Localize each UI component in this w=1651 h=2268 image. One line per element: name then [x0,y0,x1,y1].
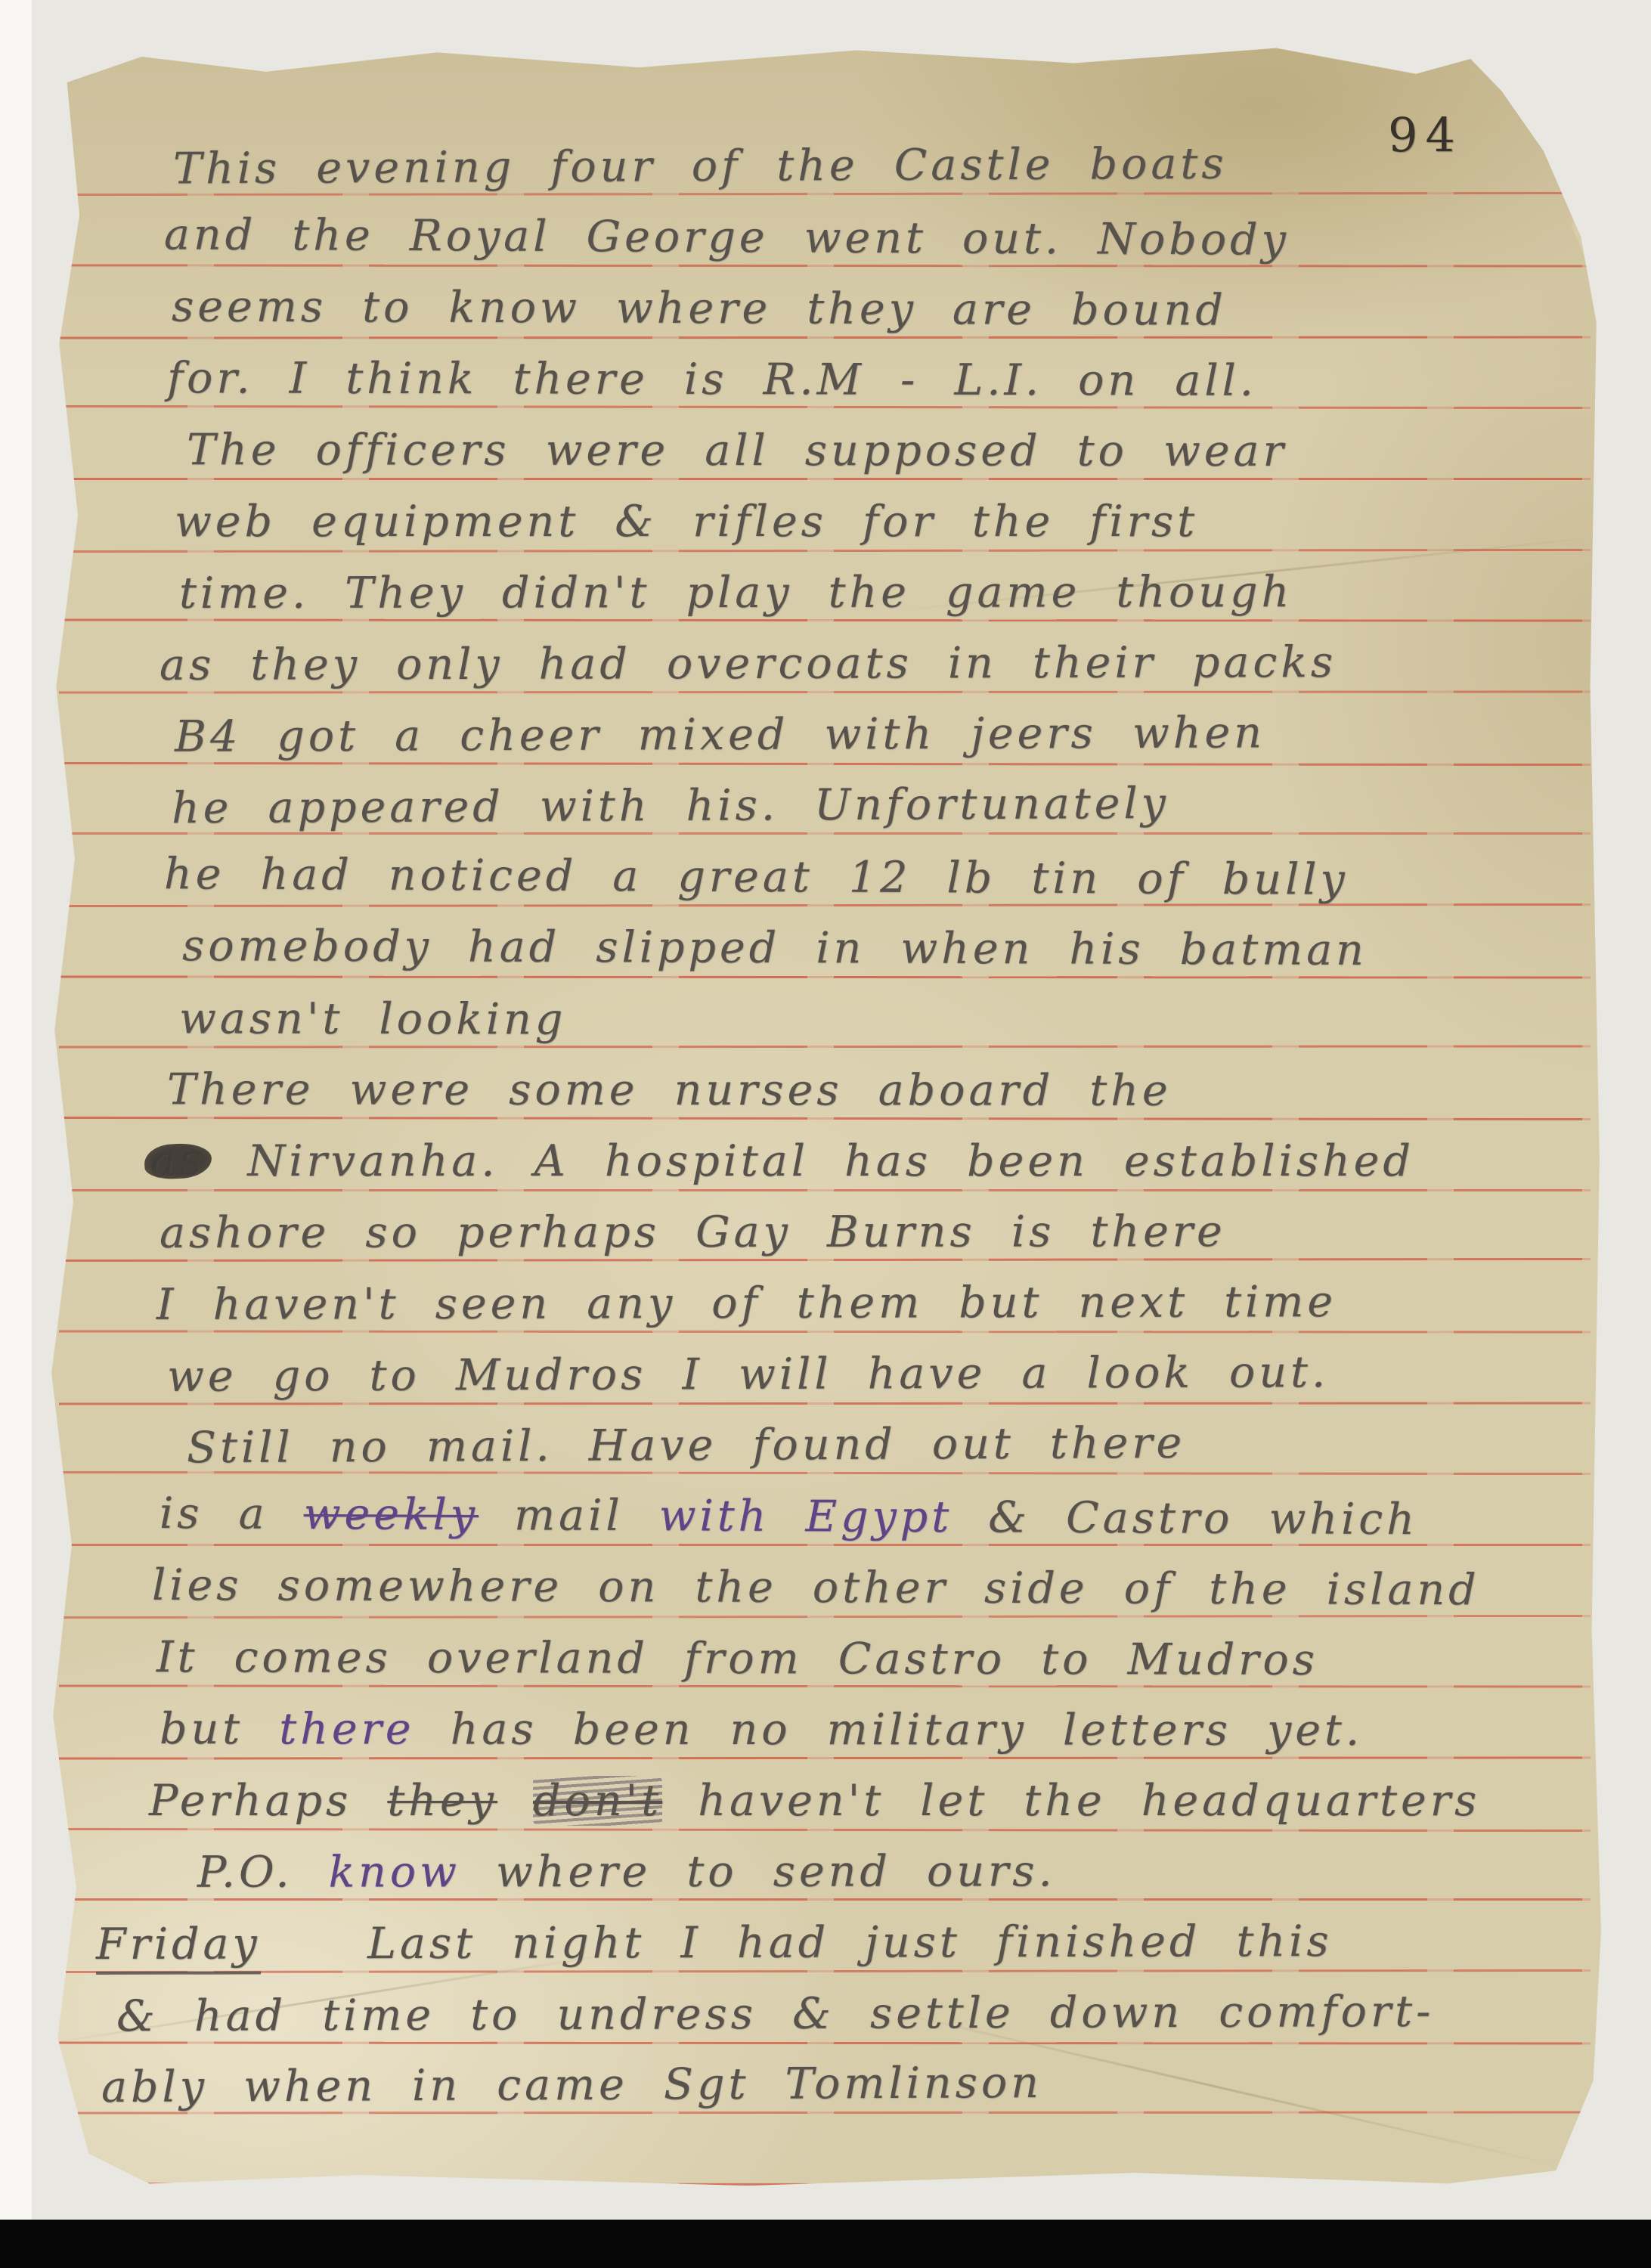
manuscript-line: lies somewhere on the other side of the … [152,1561,1480,1617]
handwriting-segment: is a [160,1489,304,1539]
manuscript-line: Still no mail. Have found out there [187,1419,1186,1475]
manuscript-line: he appeared with his. Unfortunately [172,779,1169,835]
manuscript-line: time. They didn't play the game though [179,568,1293,621]
ruled-line [59,336,1591,339]
handwriting-segment: Last night I had just finished this [261,1916,1333,1969]
manuscript-line: but there has been no military letters y… [160,1705,1363,1758]
manuscript-line: somebody had slipped in when his batman [182,922,1368,978]
manuscript-line: Friday Last night I had just finished th… [96,1917,1333,1972]
handwriting-segment: P.O. [197,1847,329,1897]
handwriting-segment: time. They didn't play the game though [179,567,1293,618]
handwriting-segment: wasn't looking [179,993,566,1044]
handwriting-segment: they [387,1776,497,1826]
handwriting-segment: Perhaps [149,1776,387,1826]
handwriting-segment: There were some nurses aboard the [167,1064,1172,1116]
handwriting-segment: with Egypt [659,1491,953,1542]
ruled-line [59,1189,1591,1191]
handwriting-segment: somebody had slipped in when his batman [182,921,1368,975]
handwriting-segment: he had noticed a great 12 lb tin of bull… [164,849,1349,905]
handwriting-segment: The officers were all supposed to wear [187,425,1287,476]
handwriting-segment: This evening four of the Castle boats [173,139,1228,194]
handwriting-segment: but [160,1704,279,1754]
handwriting-segment: we go to Mudros I will have a look out. [167,1347,1329,1402]
handwriting-segment: I haven't seen any of them but next time [156,1277,1337,1330]
manuscript-line: There were some nurses aboard the [167,1065,1172,1118]
manuscript-line: & had time to undress & settle down comf… [116,1988,1435,2043]
handwriting-segment [497,1776,533,1826]
manuscript-line: seems to know where they are bound [172,282,1227,337]
manuscript-line: we go to Mudros I will have a look out. [167,1348,1329,1404]
handwriting-segment: as they only had overcoats in their pack… [160,637,1337,690]
handwriting-segment: lies somewhere on the other side of the … [152,1560,1480,1615]
manuscript-line: This evening four of the Castle boats [173,140,1228,197]
handwriting-segment: know [329,1847,460,1897]
manuscript-line: ably when in came Sgt Tomlinson [101,2059,1042,2115]
manuscript-line: The officers were all supposed to wear [187,426,1287,479]
manuscript-line: as they only had overcoats in their pack… [160,638,1337,692]
manuscript-line: he had noticed a great 12 lb tin of bull… [164,850,1349,907]
handwriting-segment: B4 got a cheer mixed with jeers when [175,708,1265,761]
handwriting-segment: haven't let the headquarters [662,1776,1480,1826]
ruled-line [59,549,1591,553]
ruled-line [59,2183,1591,2186]
handwriting-segment: & Castro which [952,1492,1418,1545]
handwriting-segment: there [279,1704,414,1754]
manuscript-line: wasn't looking [179,994,566,1046]
handwriting-segment: ably when in came Sgt Tomlinson [101,2058,1042,2112]
ruled-line [59,478,1591,480]
handwriting-segment: Friday [96,1919,261,1975]
diary-page: 94 This evening four of the Castle boats… [48,44,1603,2188]
manuscript-line: web equipment & rifles for the first [175,497,1198,549]
manuscript-line: Perhaps they don't haven't let the headq… [149,1777,1480,1828]
manuscript-line: for. I think there is R.M - L.I. on all. [167,354,1257,408]
manuscript-line: is a weekly mail with Egypt & Castro whi… [160,1489,1418,1547]
handwriting-segment: ashore so perhaps Gay Burns is there [160,1207,1226,1258]
handwriting-segment: web equipment & rifles for the first [175,497,1198,547]
manuscript-line: as Nirvanha. A hospital has been establi… [144,1137,1414,1188]
manuscript-line: and the Royal George went out. Nobody [164,210,1290,267]
handwriting-segment: weekly [304,1489,479,1540]
torn-corner [1410,44,1603,339]
ruled-line [59,1828,1591,1832]
handwriting-segment: mail [479,1490,659,1541]
handwriting-segment: for. I think there is R.M - L.I. on all. [167,353,1257,406]
handwriting-segment: and the Royal George went out. Nobody [164,209,1290,265]
handwriting-segment: where to send ours. [460,1846,1056,1897]
manuscript-line: B4 got a cheer mixed with jeers when [175,708,1265,764]
handwriting-segment: It comes overland from Castro to Mudros [156,1632,1318,1685]
scribbled-out-word: as [144,1142,213,1181]
manuscript-line: P.O. know where to send ours. [197,1847,1056,1899]
handwriting-segment: he appeared with his. Unfortunately [172,779,1169,833]
handwriting-segment: Nirvanha. A hospital has been establishe… [212,1136,1414,1186]
handwriting-segment: don't [533,1776,662,1826]
manuscript-line: ashore so perhaps Gay Burns is there [160,1207,1226,1260]
scan-background: 94 This evening four of the Castle boats… [0,0,1651,2268]
manuscript-line: I haven't seen any of them but next time [156,1278,1337,1332]
handwriting-segment: has been no military letters yet. [415,1704,1363,1755]
page-number: 94 [1388,107,1463,163]
handwriting-segment: seems to know where they are bound [172,281,1227,335]
handwriting-segment: & had time to undress & settle down comf… [116,1987,1435,2041]
handwriting-segment: Still no mail. Have found out there [187,1418,1186,1473]
manuscript-line: It comes overland from Castro to Mudros [156,1633,1318,1687]
